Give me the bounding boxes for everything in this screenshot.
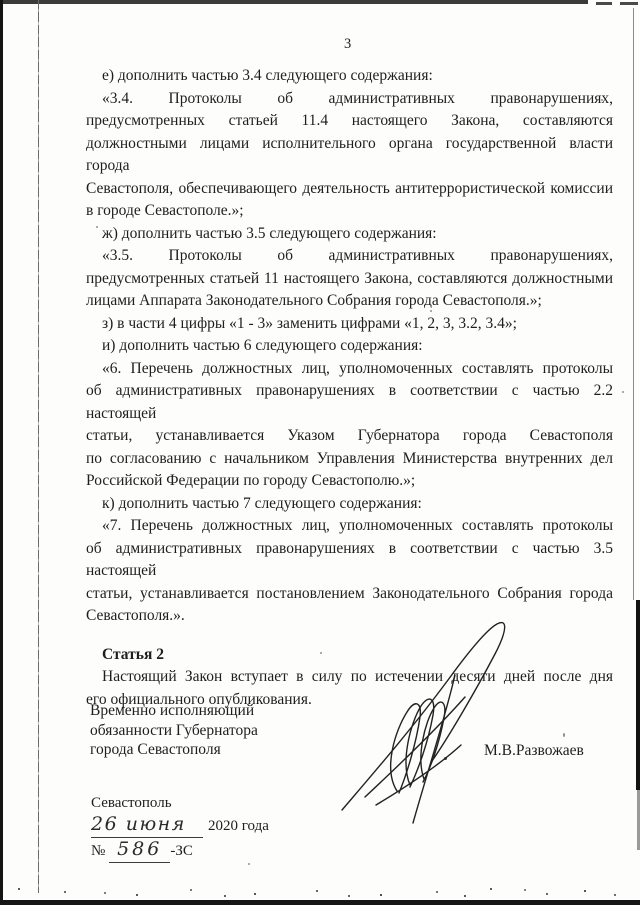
scan-edge-right	[636, 600, 640, 790]
text-line: об административных правонарушениях в со…	[86, 538, 613, 583]
text-line: предусмотренных статьей 11.4 настоящего …	[86, 110, 613, 133]
paragraph: к) дополнить частью 7 следующего содержа…	[86, 493, 613, 516]
signatory-position-block: Временно исполняющий обязанности Губерна…	[90, 701, 320, 760]
text-line: предусмотренных статьей 11 настоящего За…	[86, 268, 613, 291]
handwritten-date: 26 июня	[91, 813, 186, 835]
footer-number-line: № 586-ЗС	[91, 838, 269, 863]
text-line: з) в части 4 цифры «1 - 3» заменить цифр…	[86, 313, 613, 336]
scan-speckle	[248, 863, 250, 865]
text-line: Российской Федерации по городу Севастопо…	[86, 470, 613, 493]
footer-year: 2020 года	[208, 818, 269, 834]
text-line: статьи, устанавливается постановлением З…	[86, 583, 613, 606]
footer-date-line: 26 июня2020 года	[91, 813, 269, 838]
text-line: ж) дополнить частью 3.5 следующего содер…	[86, 223, 613, 246]
date-underline: 26 июня	[91, 813, 203, 838]
footer-city: Севастополь	[91, 795, 269, 812]
text-line: и) дополнить частью 6 следующего содержа…	[86, 335, 613, 358]
paragraph: «3.5. Протоколы об административных прав…	[86, 245, 613, 313]
text-line: Временно исполняющий	[90, 701, 320, 721]
scan-edge-top-dash	[596, 2, 612, 5]
handwritten-number: 586	[117, 838, 162, 860]
text-line: по согласованию с начальником Управления…	[86, 448, 613, 471]
text-line: е) дополнить частью 3.4 следующего содер…	[86, 65, 613, 88]
signatory-name: М.В.Развожаев	[484, 742, 584, 760]
scan-edge-bottom	[0, 900, 640, 905]
page-number: 3	[344, 36, 351, 53]
paragraph: ж) дополнить частью 3.5 следующего содер…	[86, 223, 613, 246]
text-line: лицами Аппарата Законодательного Собрани…	[86, 290, 613, 313]
scan-edge-top	[0, 0, 588, 4]
document-body: е) дополнить частью 3.4 следующего содер…	[86, 65, 613, 711]
scan-speckle	[622, 391, 624, 393]
text-line: должностными лицами исполнительного орга…	[86, 133, 613, 178]
text-line: об административных правонарушениях в со…	[86, 380, 613, 425]
text-line: «3.5. Протоколы об административных прав…	[86, 245, 613, 268]
paragraph: и) дополнить частью 6 следующего содержа…	[86, 335, 613, 358]
scan-noise-band	[18, 888, 20, 890]
paragraph: «7. Перечень должностных лиц, уполномоче…	[86, 515, 613, 628]
scanned-document-page: { "document": { "page_number": "3", "par…	[0, 0, 640, 905]
paragraph: з) в части 4 цифры «1 - 3» заменить цифр…	[86, 313, 613, 336]
footer-block: Севастополь 26 июня2020 года № 586-ЗС	[91, 795, 269, 863]
paragraph: е) дополнить частью 3.4 следующего содер…	[86, 65, 613, 88]
scan-edge-left	[0, 0, 3, 905]
footer-number-suffix: -ЗС	[170, 843, 193, 859]
paragraph: «6. Перечень должностных лиц, уполномоче…	[86, 358, 613, 493]
text-line: «6. Перечень должностных лиц, уполномоче…	[86, 358, 613, 381]
text-line: Севастополя, обеспечивающего деятельност…	[86, 178, 613, 201]
text-line: к) дополнить частью 7 следующего содержа…	[86, 493, 613, 516]
text-line: статьи, устанавливается Указом Губернато…	[86, 425, 613, 448]
handwritten-signature-icon	[336, 618, 528, 826]
text-line: «7. Перечень должностных лиц, уполномоче…	[86, 515, 613, 538]
number-sign: №	[91, 843, 105, 859]
text-line: в городе Севастополе.»;	[86, 200, 613, 223]
scan-speckle	[563, 733, 565, 737]
scan-fold-line-left	[38, 0, 39, 893]
scan-edge-top-dash	[620, 2, 638, 5]
number-underline: 586	[109, 838, 170, 863]
paragraph: «3.4. Протоколы об административных прав…	[86, 88, 613, 223]
scan-fold-line-right	[633, 8, 634, 600]
text-line: «3.4. Протоколы об административных прав…	[86, 88, 613, 111]
text-line: города Севастополя	[90, 740, 320, 760]
text-line: обязанности Губернатора	[90, 721, 320, 741]
